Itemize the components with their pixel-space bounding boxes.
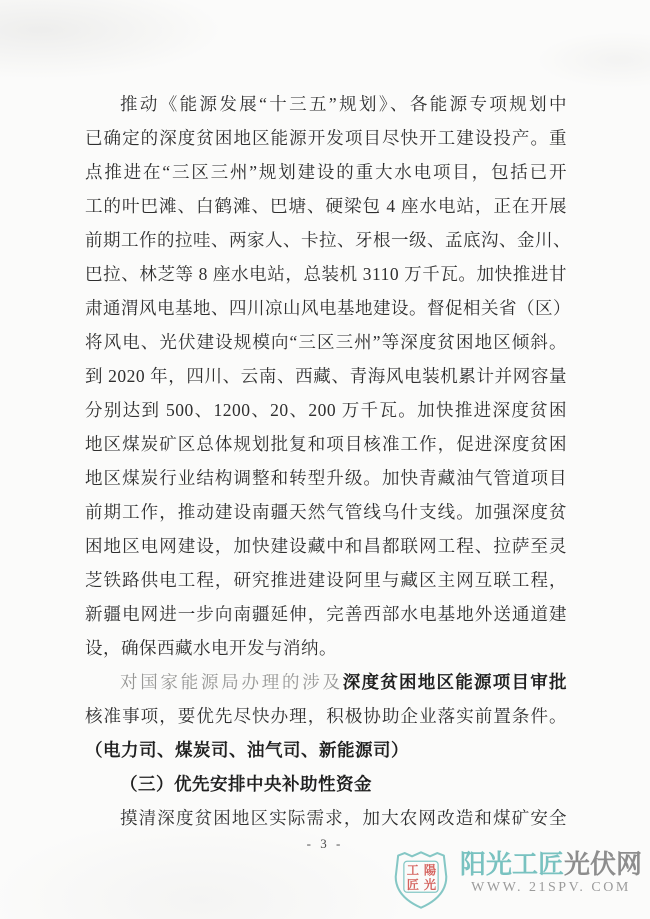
brand-block: 阳光工匠光伏网 WWW. 21SPV. COM <box>460 849 642 897</box>
text-line: 地区煤炭行业结构调整和转型升级。加快青藏油气管道项目 <box>85 461 567 495</box>
body-text: 推动《能源发展“十三五”规划》、各能源专项规划中 已确定的深度贫困地区能源开发项… <box>85 87 567 835</box>
emphasis-text: 深度贫困地区能源项目审批 <box>343 672 567 692</box>
text-line: 核准事项，要优先尽快办理，积极协助企业落实前置条件。 <box>85 699 567 733</box>
brand-name: 阳光工匠光伏网 <box>460 849 642 879</box>
text-line: 前期工作，推动建设南疆天然气管线乌什支线。加强深度贫 <box>85 495 567 529</box>
text-line: 巴拉、林芝等 8 座水电站，总装机 3110 万千瓦。加快推进甘 <box>85 257 567 291</box>
text-line: 困地区电网建设，加快建设藏中和昌都联网工程、拉萨至灵 <box>85 529 567 563</box>
badge-char: 工 <box>407 863 420 877</box>
section-heading: （三）优先安排中央补助性资金 <box>85 767 567 801</box>
text-line: 分别达到 500、1200、20、200 万千瓦。加快推进深度贫困 <box>85 393 567 427</box>
text-line: 前期工作的拉哇、两家人、卡拉、牙根一级、孟底沟、金川、 <box>85 223 567 257</box>
brand-name-secondary: 光伏网 <box>564 849 642 879</box>
badge-char: 匠 <box>407 877 419 892</box>
brand-name-primary: 阳光工匠 <box>460 849 564 879</box>
text-line: 将风电、光伏建设规模向“三区三州”等深度贫困地区倾斜。 <box>85 325 567 359</box>
text-line: 工的叶巴滩、白鹤滩、巴塘、硬梁包 4 座水电站，正在开展 <box>85 189 567 223</box>
site-url: WWW. 21SPV. COM <box>471 879 631 897</box>
text-line: 摸清深度贫困地区实际需求，加大农网改造和煤矿安全 <box>85 801 567 835</box>
document-page: 推动《能源发展“十三五”规划》、各能源专项规划中 已确定的深度贫困地区能源开发项… <box>0 0 650 919</box>
watermark-logo: 工 陽 匠 光 阳光工匠光伏网 WWW. 21SPV. COM <box>386 849 642 911</box>
responsible-departments: （电力司、煤炭司、油气司、新能源司） <box>85 733 567 767</box>
text-line-annotated: 对国家能源局办理的涉及深度贫困地区能源项目审批 <box>85 665 567 699</box>
text-line: 已确定的深度贫困地区能源开发项目尽快开工建设投产。重 <box>85 121 567 155</box>
badge-char: 光 <box>424 877 437 892</box>
text-line: 肃通渭风电基地、四川凉山风电基地建设。督促相关省（区） <box>85 291 567 325</box>
annotation-kai-text: 对国家能源局办理的涉及 <box>120 672 343 692</box>
text-line: 芝铁路供电工程，研究推进建设阿里与藏区主网互联工程， <box>85 563 567 597</box>
text-line: 推动《能源发展“十三五”规划》、各能源专项规划中 <box>85 87 567 121</box>
text-line: 地区煤炭矿区总体规划批复和项目核准工作，促进深度贫困 <box>85 427 567 461</box>
text-line: 新疆电网进一步向南疆延伸，完善西部水电基地外送通道建 <box>85 597 567 631</box>
text-line: 点推进在“三区三州”规划建设的重大水电项目，包括已开 <box>85 155 567 189</box>
shield-badge-icon: 工 陽 匠 光 <box>386 849 456 911</box>
text-line: 到 2020 年，四川、云南、西藏、青海风电装机累计并网容量 <box>85 359 567 393</box>
text-line: 设，确保西藏水电开发与消纳。 <box>85 631 567 665</box>
badge-char: 陽 <box>424 862 437 877</box>
